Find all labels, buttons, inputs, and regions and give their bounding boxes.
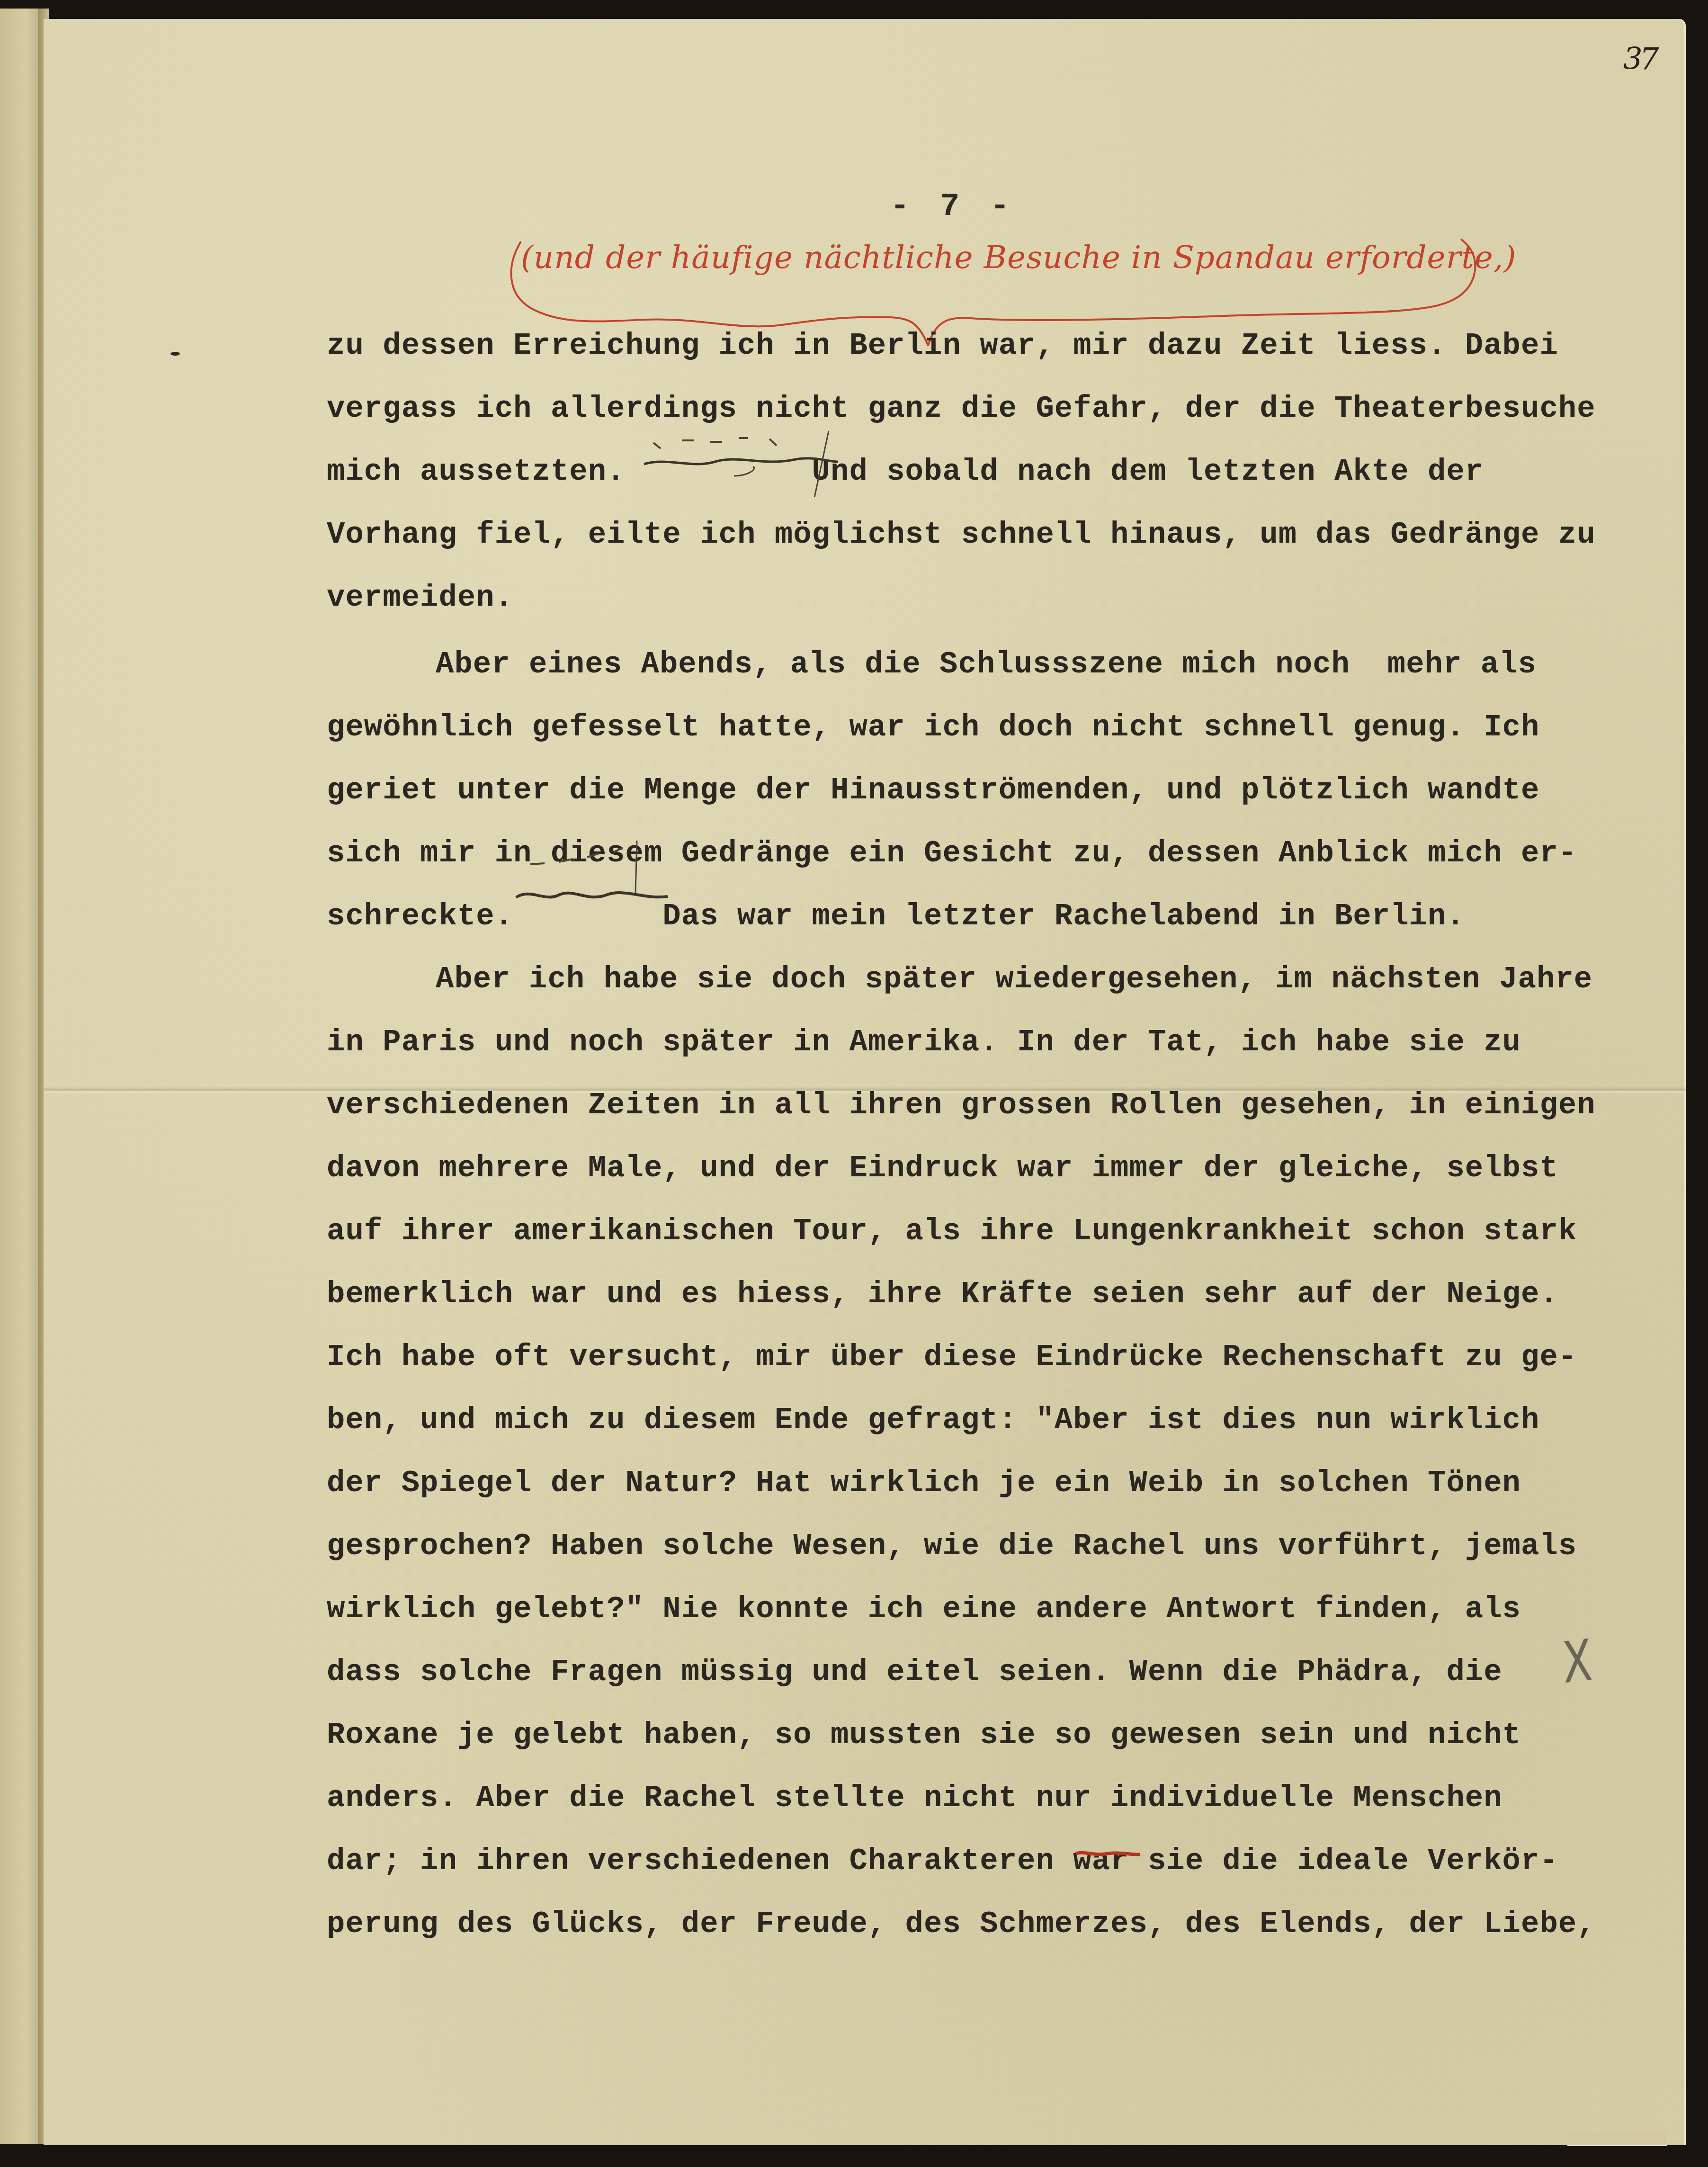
- text-line: gesprochen? Haben solche Wesen, wie die …: [327, 1515, 1634, 1578]
- text-line: anders. Aber die Rachel stellte nicht nu…: [327, 1767, 1634, 1830]
- paragraph-start-line: Aber eines Abends, als die Schlussszene …: [327, 634, 1634, 697]
- paragraph-start-line: Aber ich habe sie doch später wiedergese…: [327, 949, 1634, 1012]
- text-line: vergass ich allerdings nicht ganz die Ge…: [327, 378, 1634, 441]
- text-line: in Paris und noch später in Amerika. In …: [327, 1012, 1634, 1075]
- text-line: dass solche Fragen müssig und eitel seie…: [327, 1641, 1634, 1704]
- text-line: Roxane je gelebt haben, so mussten sie s…: [327, 1704, 1634, 1767]
- text-line: auf ihrer amerikanischen Tour, als ihre …: [327, 1200, 1634, 1263]
- text-line: bemerklich war und es hiess, ihre Kräfte…: [327, 1263, 1634, 1326]
- text-line: sich mir in diesem Gedränge ein Gesicht …: [327, 823, 1634, 886]
- text-line: geriet unter die Menge der Hinausströmen…: [327, 760, 1634, 823]
- text-line: Vorhang fiel, eilte ich möglichst schnel…: [327, 504, 1634, 567]
- red-underline-mark: [1075, 1851, 1141, 1856]
- text-line: der Spiegel der Natur? Hat wirklich je e…: [327, 1452, 1634, 1515]
- text-line: vermeiden.: [327, 567, 1634, 630]
- text-line: dar; in ihren verschiedenen Charakteren …: [327, 1830, 1634, 1893]
- text-line: verschiedenen Zeiten in all ihren grosse…: [327, 1075, 1634, 1137]
- typewritten-body: zu dessen Erreichung ich in Berlin war, …: [327, 315, 1634, 1956]
- document-scan: 37 - 7 - (und der häufige nächtliche Bes…: [0, 0, 1708, 2167]
- page-corner-flap: [1567, 2131, 1667, 2146]
- text-line: Ich habe oft versucht, mir über diese Ei…: [327, 1326, 1634, 1389]
- handwritten-insertion: (und der häufige nächtliche Besuche in S…: [521, 239, 1517, 276]
- text-line: ben, und mich zu diesem Ende gefragt: "A…: [327, 1389, 1634, 1452]
- folio-number: 37: [1623, 42, 1656, 77]
- text-line: gewöhnlich gefesselt hatte, war ich doch…: [327, 697, 1634, 760]
- text-line: mich aussetzten. Und sobald nach dem let…: [327, 441, 1634, 504]
- text-line: davon mehrere Male, und der Eindruck war…: [327, 1137, 1634, 1200]
- page-number: - 7 -: [890, 188, 1015, 225]
- text-line: perung des Glücks, der Freude, des Schme…: [327, 1893, 1634, 1956]
- text-line: wirklich gelebt?" Nie konnte ich eine an…: [327, 1578, 1634, 1641]
- text-line: zu dessen Erreichung ich in Berlin war, …: [327, 315, 1634, 378]
- stray-ink-mark: [170, 352, 180, 356]
- text-line: schreckte. Das war mein letzter Rachelab…: [327, 886, 1634, 949]
- margin-x-mark: X: [1561, 1628, 1594, 1697]
- previous-page-edge: [0, 9, 44, 2144]
